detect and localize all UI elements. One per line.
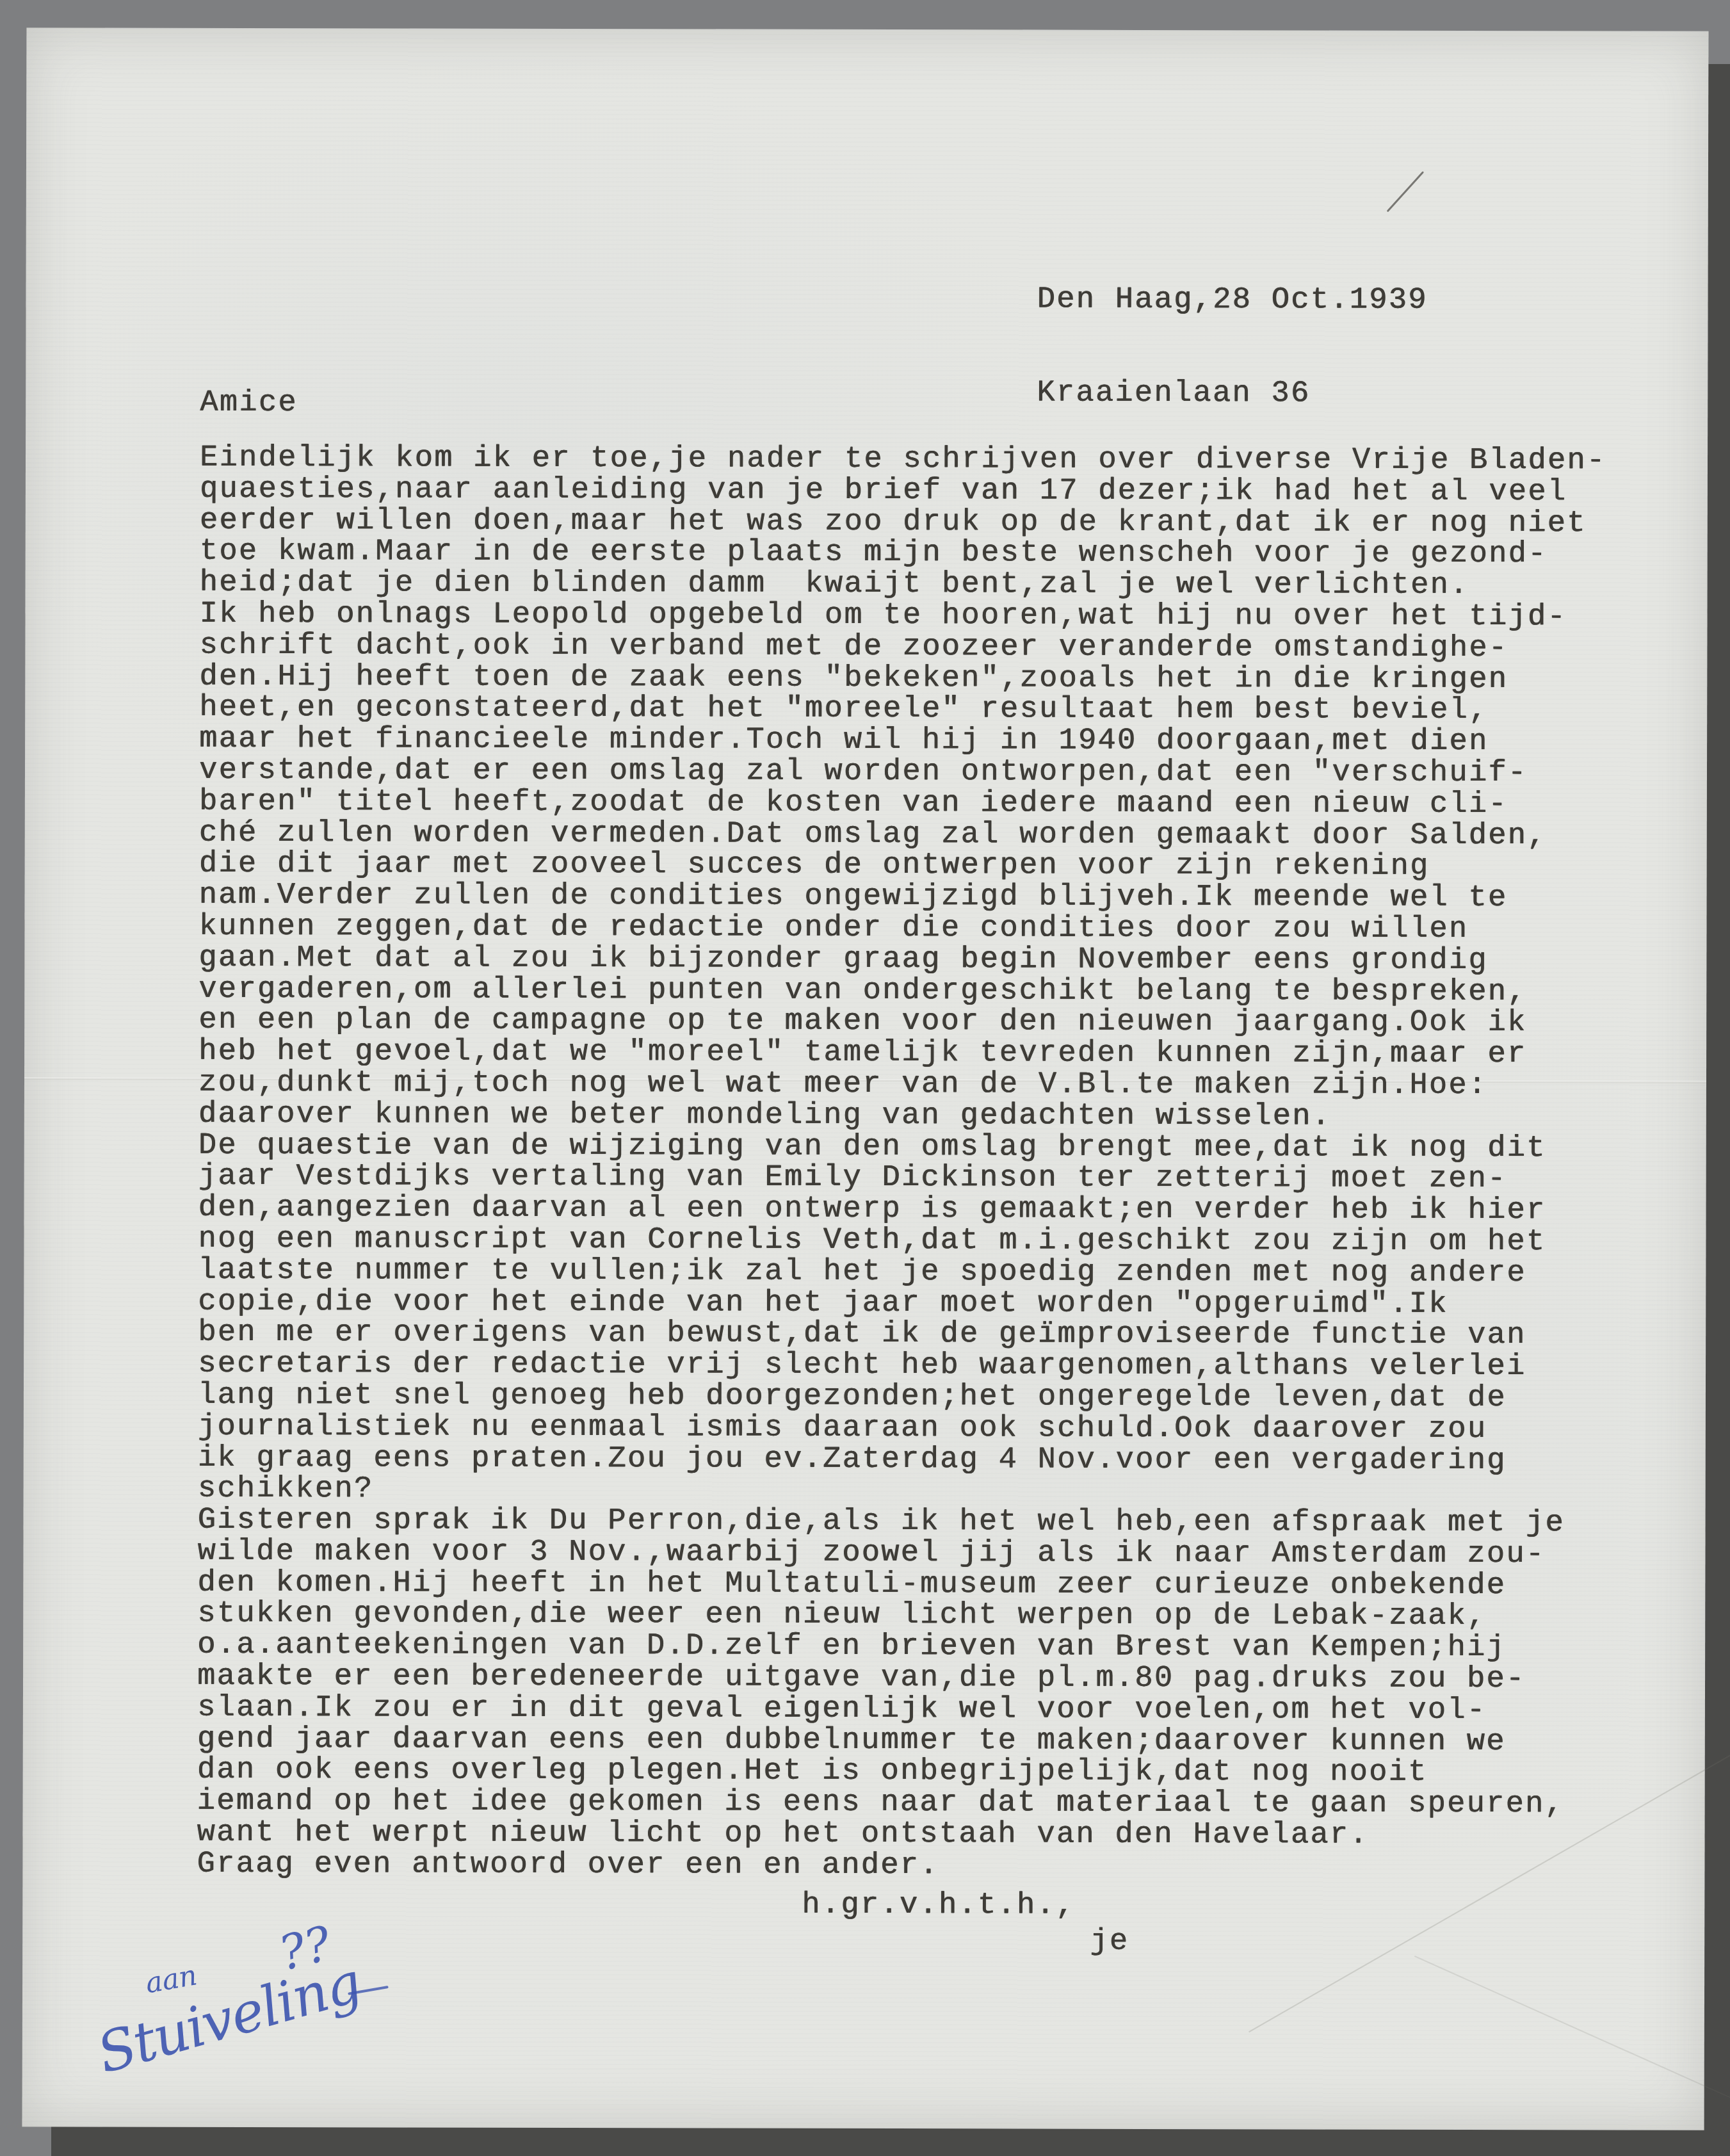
letter-line: nam.Verder zullen de condities ongewijzi… (199, 880, 1665, 915)
letter-line: Eindelijk kom ik er toe,je nader te schr… (200, 443, 1666, 478)
letter-line: lang niet snel genoeg heb doorgezonden;h… (198, 1381, 1664, 1415)
letter-line: baren" titel heeft,zoodat de kosten van … (199, 787, 1665, 822)
letter-line: Graag even antwoord over een en ander. (197, 1849, 1663, 1884)
letter-line: verstande,dat er een omslag zal worden o… (199, 756, 1665, 790)
letter-line: wilde maken voor 3 Nov.,waarbij zoowel j… (197, 1537, 1663, 1571)
letter-line: secretaris der redactie vrij slecht heb … (198, 1349, 1664, 1384)
letter-line: heb het gevoel,dat we "moreel" tamelijk … (198, 1037, 1665, 1071)
letter-line: quaesties,naar aanleiding van je brief v… (200, 474, 1666, 509)
letter-line: laatste nummer te vullen;ik zal het je s… (198, 1256, 1664, 1290)
dateline: Den Haag,28 Oct.1939 Kraaienlaan 36 (1037, 222, 1428, 473)
dateline-address: Kraaienlaan 36 (1037, 378, 1427, 410)
letter-body: Eindelijk kom ik er toe,je nader te schr… (197, 443, 1666, 1883)
letter-line: nog een manuscript van Cornelis Veth,dat… (198, 1224, 1664, 1259)
dateline-place-date: Den Haag,28 Oct.1939 (1037, 284, 1427, 316)
letter-line: maakte er een beredeneerde uitgave van,d… (197, 1662, 1663, 1696)
crease-diagonal (1414, 1956, 1730, 2103)
letter-line: gaan.Met dat al zou ik bijzonder graag b… (198, 943, 1665, 978)
letter-line: Gisteren sprak ik Du Perron,die,als ik h… (198, 1505, 1664, 1540)
stray-ink-mark (1387, 171, 1425, 212)
salutation: Amice (200, 388, 298, 419)
letter-line: maar het financieele minder.Toch wil hij… (199, 724, 1665, 759)
letter-line: journalistiek nu eenmaal ismis daaraan o… (198, 1412, 1664, 1447)
letter-line: den,aangezien daarvan al een ontwerp is … (198, 1193, 1665, 1228)
letter-line: kunnen zeggen,dat de redactie onder die … (198, 912, 1665, 946)
letter-line: ik graag eens praten.Zou jou ev.Zaterdag… (198, 1443, 1664, 1477)
closing-formula: h.gr.v.h.t.h., (802, 1890, 1075, 1922)
letter-line: zou,dunkt mij,toch nog wel wat meer van … (198, 1068, 1665, 1103)
annotation-prefix: aan (143, 1959, 199, 2000)
signature: je (1090, 1927, 1129, 1958)
letter-line: want het werpt nieuw licht op het ontsta… (197, 1818, 1663, 1852)
letter-line: slaan.Ik zou er in dit geval eigenlijk w… (197, 1693, 1663, 1728)
letter-line: Ik heb onlnags Leopold opgebeld om te ho… (199, 599, 1665, 634)
letter-line: schrift dacht,ook in verband met de zooz… (199, 631, 1665, 665)
letter-line: daarover kunnen we beter mondeling van g… (198, 1099, 1665, 1134)
letter-paper: Den Haag,28 Oct.1939 Kraaienlaan 36 Amic… (22, 28, 1709, 2130)
